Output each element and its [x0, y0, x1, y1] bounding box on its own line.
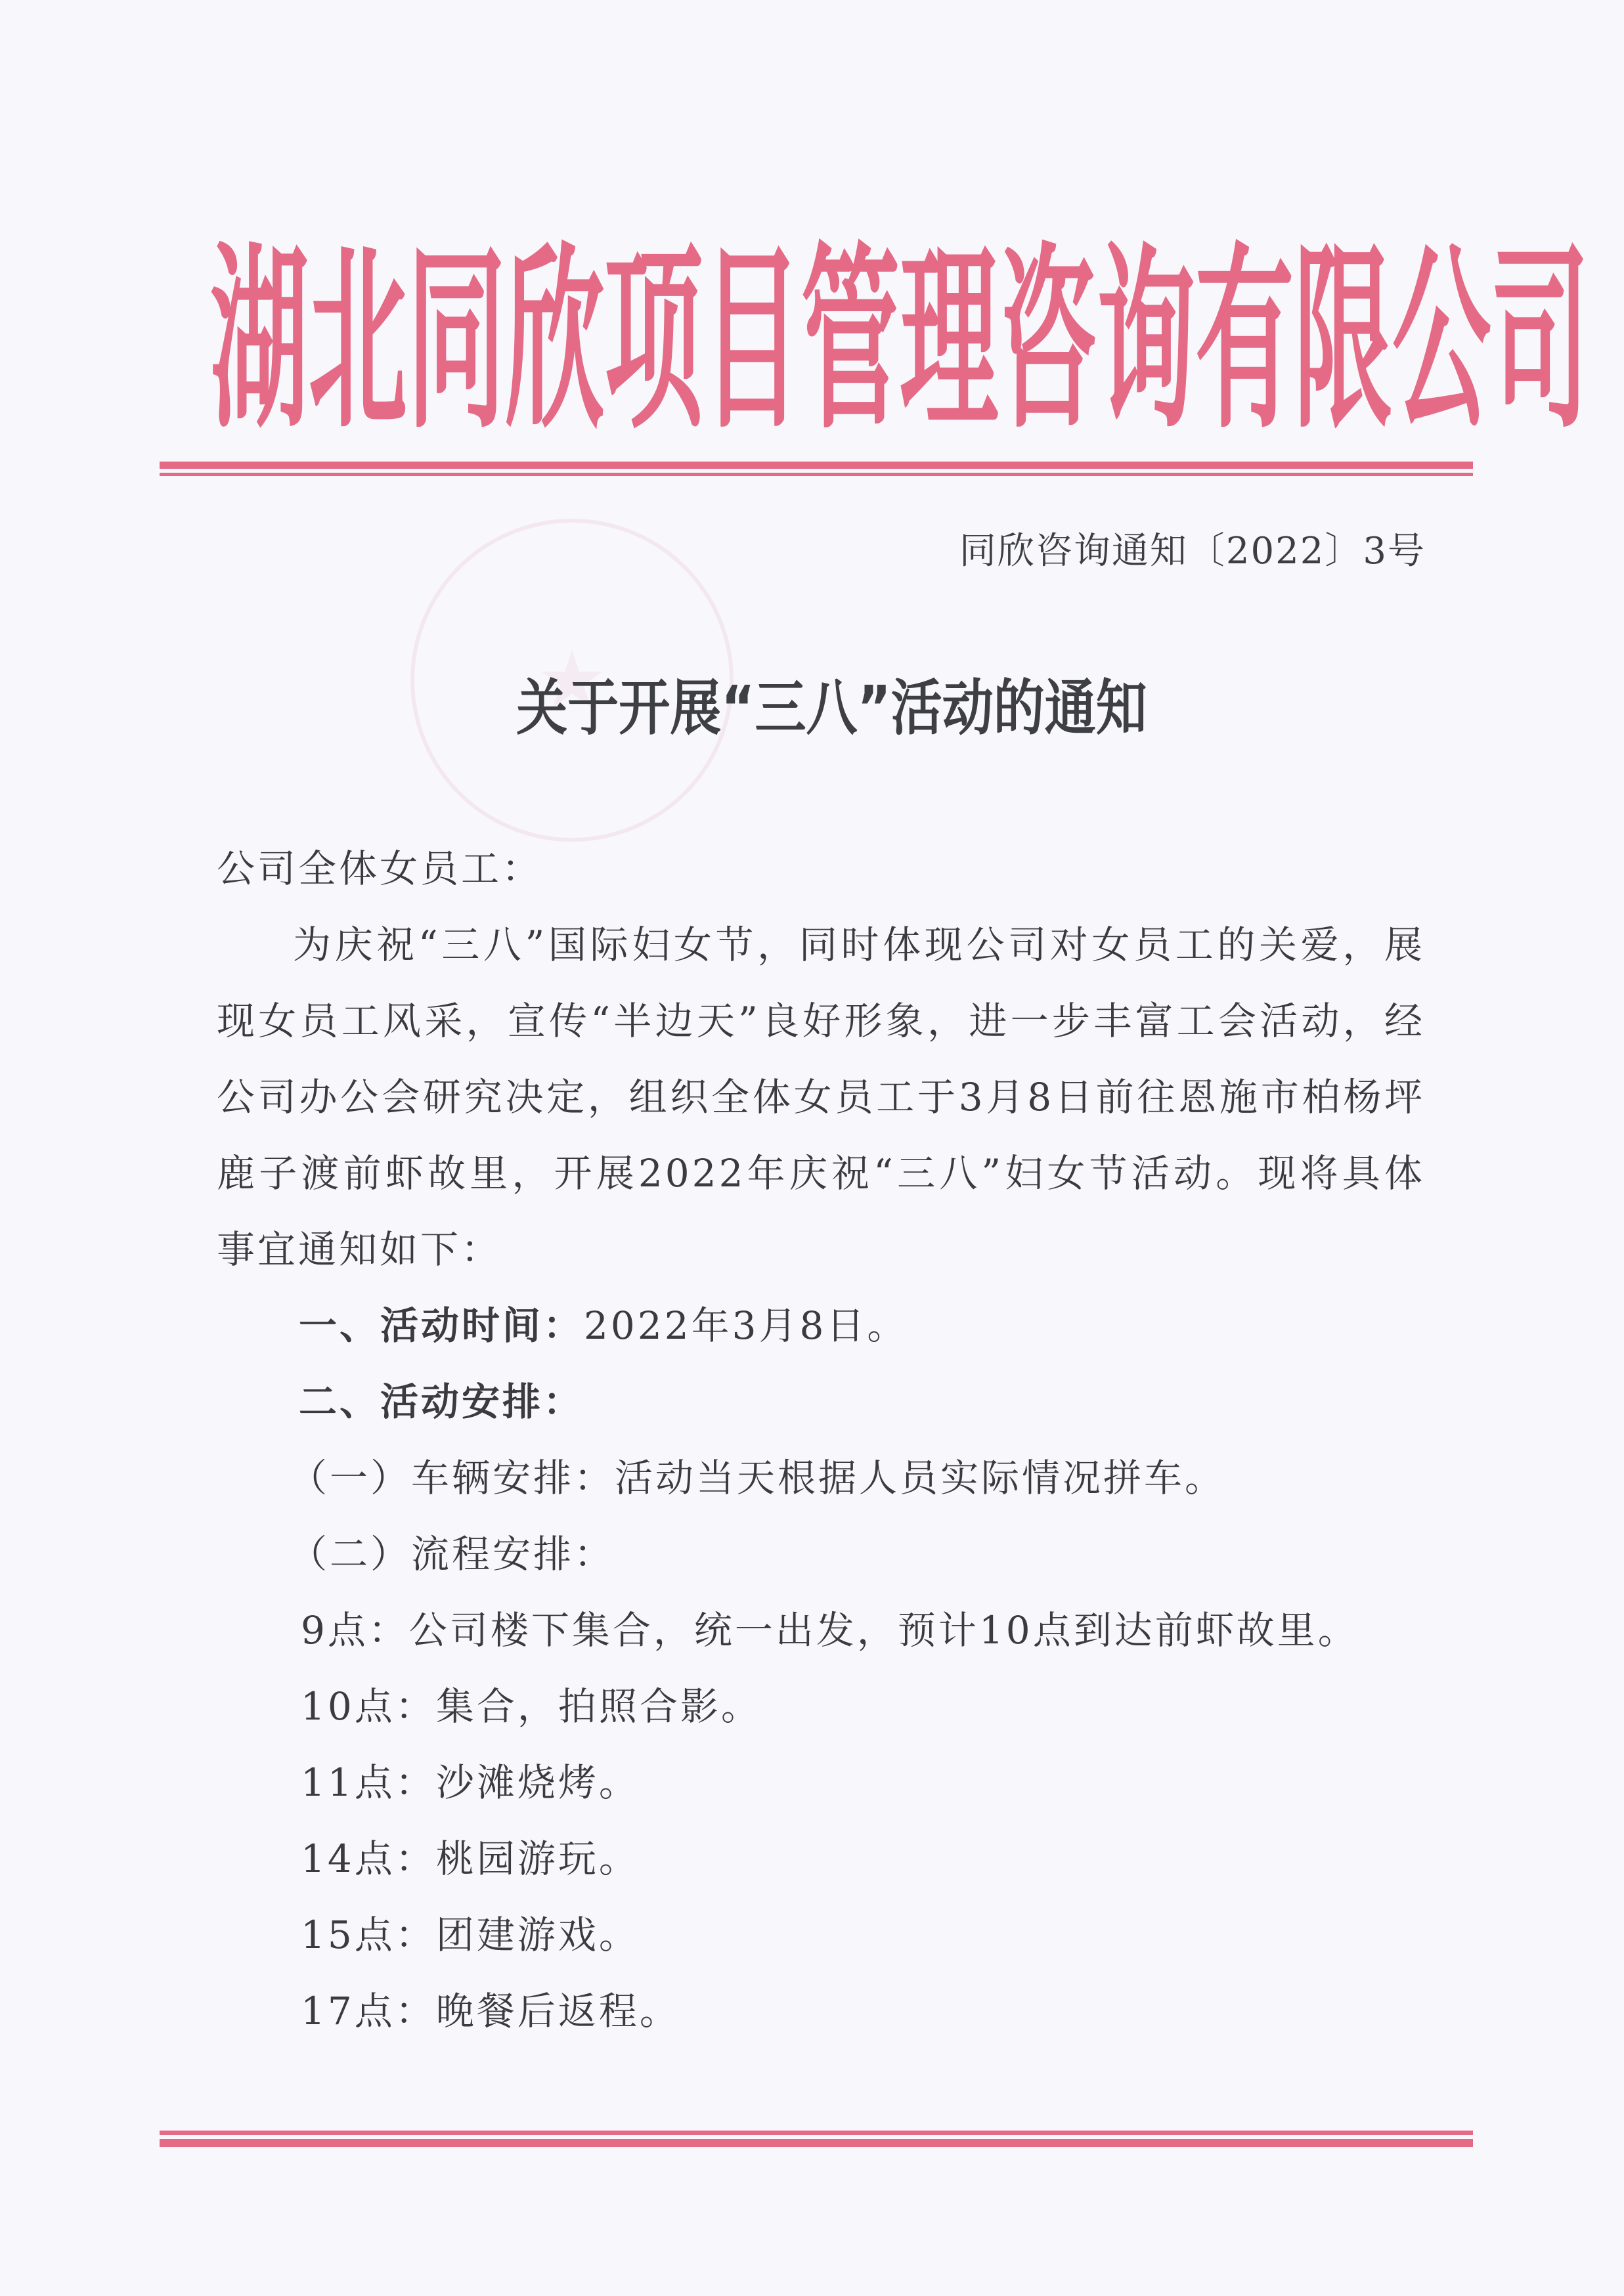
schedule-activity: 晚餐后返程。 [436, 1989, 680, 2033]
letterhead-char: 理 [900, 243, 998, 440]
schedule-item: 14点：桃园游玩。 [217, 1821, 1425, 1897]
arrangement-label: （一）车辆安排： [289, 1456, 615, 1500]
section-activity-arrangement: 二、活动安排： [217, 1364, 1425, 1440]
schedule-activity: 公司楼下集合，统一出发，预计10点到达前虾故里。 [409, 1608, 1359, 1653]
arrangement-process: （二）流程安排： [217, 1516, 1425, 1592]
document-title: 关于开展“三八”活动的通知 [0, 660, 1624, 747]
header-rule-thin [160, 473, 1473, 476]
schedule-item: 17点：晚餐后返程。 [217, 1973, 1425, 2049]
letterhead-char: 项 [604, 243, 703, 440]
letterhead-char: 公 [1392, 243, 1491, 440]
footer-rule-thick [160, 2139, 1473, 2147]
document-body: 公司全体女员工： 为庆祝“三八”国际妇女节，同时体现公司对女员工的关爱，展现女员… [217, 831, 1425, 2049]
schedule-activity: 集合，拍照合影。 [436, 1684, 762, 1729]
letterhead-char: 管 [801, 243, 900, 440]
letterhead-char: 同 [407, 243, 506, 440]
intro-paragraph: 为庆祝“三八”国际妇女节，同时体现公司对女员工的关爱，展现女员工风采，宣传“半边… [217, 907, 1425, 1288]
section-content: 2022年3月8日。 [584, 1303, 908, 1348]
letterhead-char: 北 [309, 243, 407, 440]
document-number: 同欣咨询通知〔2022〕3号 [959, 522, 1426, 574]
schedule-activity: 沙滩烧烤。 [436, 1760, 640, 1805]
letterhead-char: 询 [1097, 243, 1195, 440]
letterhead-char: 目 [703, 243, 801, 440]
letterhead-char: 限 [1294, 243, 1392, 440]
arrangement-label: （二）流程安排： [289, 1532, 615, 1576]
footer-rule-thin [160, 2131, 1473, 2135]
section-label: 一、活动时间： [299, 1303, 584, 1348]
letterhead-char: 有 [1195, 243, 1294, 440]
arrangement-vehicle: （一）车辆安排：活动当天根据人员实际情况拼车。 [217, 1440, 1425, 1516]
section-label: 二、活动安排： [299, 1379, 584, 1424]
schedule-time: 14点： [301, 1836, 436, 1881]
letterhead-char: 欣 [506, 243, 604, 440]
schedule-time: 15点： [301, 1913, 436, 1957]
document-page: 湖 北 同 欣 项 目 管 理 咨 询 有 限 公 司 同欣咨询通知〔2022〕… [0, 0, 1624, 2296]
letterhead-char: 湖 [210, 243, 309, 440]
schedule-item: 9点：公司楼下集合，统一出发，预计10点到达前虾故里。 [217, 1592, 1425, 1668]
schedule-time: 17点： [301, 1989, 436, 2033]
schedule-time: 11点： [301, 1760, 436, 1805]
salutation: 公司全体女员工： [217, 831, 1425, 907]
schedule-item: 11点：沙滩烧烤。 [217, 1744, 1425, 1821]
letterhead-company-name: 湖 北 同 欣 项 目 管 理 咨 询 有 限 公 司 [210, 233, 1432, 450]
section-activity-time: 一、活动时间：2022年3月8日。 [217, 1288, 1425, 1364]
letterhead-char: 司 [1491, 243, 1589, 440]
schedule-item: 15点：团建游戏。 [217, 1897, 1425, 1973]
schedule-item: 10点：集合，拍照合影。 [217, 1668, 1425, 1744]
arrangement-content: 活动当天根据人员实际情况拼车。 [615, 1456, 1225, 1500]
schedule-activity: 桃园游玩。 [436, 1836, 640, 1881]
schedule-time: 9点： [301, 1608, 409, 1653]
schedule-activity: 团建游戏。 [436, 1913, 640, 1957]
header-rule-thick [160, 462, 1473, 469]
letterhead-char: 咨 [998, 243, 1097, 440]
schedule-time: 10点： [301, 1684, 436, 1729]
